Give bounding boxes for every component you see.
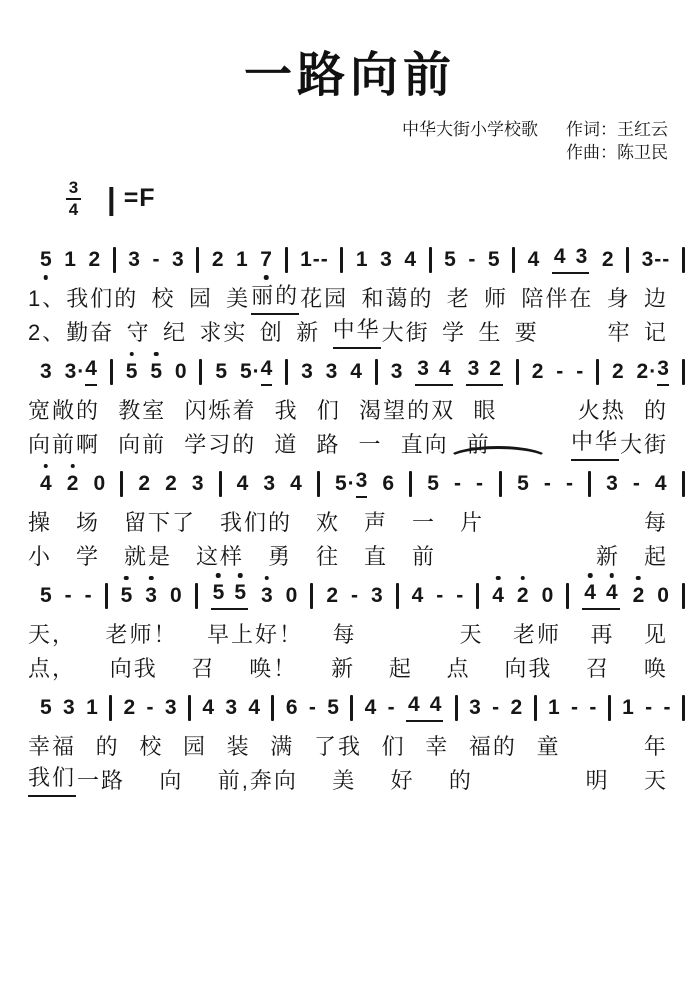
lyric-text: 校 bbox=[152, 286, 176, 312]
note-group: 3 bbox=[391, 360, 403, 384]
lyric-group: 明 bbox=[586, 768, 610, 794]
note-group: 44 bbox=[406, 693, 443, 722]
note-group bbox=[195, 583, 198, 609]
lyric-line: 向前啊向前学习的道路一直向前中华大街 bbox=[0, 428, 700, 462]
lyric-text: 点， bbox=[28, 656, 76, 682]
lyric-group: 牢 bbox=[608, 320, 632, 346]
note-group bbox=[340, 247, 343, 273]
barline bbox=[409, 471, 412, 497]
time-signature: 3 4 bbox=[66, 179, 81, 219]
note-group: 2 bbox=[88, 248, 100, 272]
lyric-group: 勇 bbox=[268, 544, 292, 570]
note-group: 4 bbox=[404, 248, 416, 272]
note-group bbox=[317, 471, 320, 497]
note-group: 3 bbox=[145, 584, 157, 608]
lyric-text: 身 bbox=[607, 286, 631, 312]
octave-dot-high bbox=[265, 576, 270, 581]
lyric-text: 向前 bbox=[118, 432, 166, 458]
lyric-text: 路 bbox=[316, 432, 340, 458]
note-group: 4 bbox=[237, 472, 249, 496]
lyric-group: 和蔼的 bbox=[361, 286, 433, 312]
note: - bbox=[436, 584, 443, 608]
lyric-group: 声 bbox=[364, 510, 388, 536]
lyric-text: 要 bbox=[515, 320, 539, 346]
lyric-text: 美 bbox=[226, 286, 250, 312]
note-group: 4 bbox=[655, 472, 667, 496]
lyric-text: 美 bbox=[332, 768, 356, 794]
note-group: 3 bbox=[263, 472, 275, 496]
lyric-text: 新 bbox=[331, 656, 355, 682]
barline bbox=[396, 583, 399, 609]
note: 5 bbox=[40, 248, 52, 272]
lyric-text: 这样 bbox=[196, 544, 244, 570]
barline bbox=[113, 247, 116, 273]
lyric-group: 向 bbox=[159, 768, 183, 794]
lyric-group: 向我 bbox=[504, 656, 552, 682]
lyric-group: 校 bbox=[139, 734, 163, 760]
octave-dot-high bbox=[636, 576, 641, 581]
lyric-group: 片 bbox=[460, 510, 484, 536]
note: 4 bbox=[365, 696, 377, 720]
lyric-text: 童 bbox=[537, 734, 561, 760]
barline bbox=[476, 583, 479, 609]
music-line: 5123-32171--1345-544323-- bbox=[0, 239, 700, 281]
music-line: 4202234345·365--5--3-4 bbox=[0, 463, 700, 505]
note-group: 5 bbox=[517, 472, 529, 496]
note-group: 2 bbox=[124, 696, 136, 720]
note: 3 bbox=[417, 357, 429, 381]
lyric-group: 的 bbox=[644, 398, 668, 424]
note: 2 bbox=[633, 584, 645, 608]
lyric-group: 早上好！ bbox=[207, 622, 303, 648]
note: 5 bbox=[427, 472, 439, 496]
lyric-group: 点， bbox=[28, 656, 76, 682]
lyric-group: 校 bbox=[152, 286, 176, 312]
note-group: 5 bbox=[427, 472, 439, 496]
lyric-text: 天 bbox=[459, 622, 483, 648]
lyric-text: 宽敞的 bbox=[28, 398, 100, 424]
note: 3 bbox=[40, 360, 52, 384]
lyric-group: 操 bbox=[28, 510, 52, 536]
note-group: 3 bbox=[371, 584, 383, 608]
note: 0 bbox=[170, 584, 182, 608]
barline bbox=[499, 471, 502, 497]
lyric-group: 小 bbox=[28, 544, 52, 570]
note: 2 bbox=[165, 472, 177, 496]
lyric-group: 每 bbox=[333, 622, 357, 648]
lyric-group: 满 bbox=[270, 734, 294, 760]
note-group bbox=[429, 247, 432, 273]
lyric-group: 前 bbox=[412, 544, 436, 570]
note: 4 bbox=[584, 581, 596, 605]
lyric-group: 记 bbox=[644, 320, 668, 346]
note: 5 bbox=[40, 584, 52, 608]
note-group: 1 bbox=[86, 696, 98, 720]
note: 1 bbox=[86, 696, 98, 720]
barline bbox=[219, 471, 222, 497]
note: · bbox=[253, 360, 260, 384]
note-group: 0 bbox=[170, 584, 182, 608]
lyric-group: 守 bbox=[127, 320, 151, 346]
lyric-text: 往 bbox=[316, 544, 340, 570]
lyric-text: 声 bbox=[364, 510, 388, 536]
note-group bbox=[566, 583, 569, 609]
barline bbox=[608, 695, 611, 721]
lyric-text: 片 bbox=[460, 510, 484, 536]
lyric-text: 生 bbox=[478, 320, 502, 346]
note-group bbox=[682, 695, 685, 721]
spacer bbox=[576, 522, 620, 523]
note-group bbox=[120, 471, 123, 497]
note-group: 5 bbox=[150, 360, 162, 384]
lyric-group: 美丽的花园 bbox=[226, 283, 348, 314]
note-group bbox=[196, 247, 199, 273]
note: - bbox=[576, 360, 583, 384]
lyric-group: 这样 bbox=[196, 544, 244, 570]
note-group: 32 bbox=[466, 357, 503, 386]
octave-dot-high bbox=[610, 573, 615, 578]
note-group bbox=[682, 471, 685, 497]
octave-dot-high bbox=[496, 576, 501, 581]
lyric-text: 直 bbox=[364, 544, 388, 570]
note-group: 5 bbox=[327, 696, 339, 720]
lyric-text: 求实 bbox=[199, 320, 247, 346]
lyric-text: 每 bbox=[333, 622, 357, 648]
note: 3 bbox=[371, 584, 383, 608]
spacer bbox=[508, 522, 552, 523]
note-group: 0 bbox=[175, 360, 187, 384]
note-group: - bbox=[589, 696, 596, 720]
key-text: =F bbox=[124, 184, 156, 213]
note-group: - bbox=[309, 696, 316, 720]
note-group bbox=[516, 359, 519, 385]
note: - bbox=[65, 584, 72, 608]
note: 7 bbox=[260, 248, 272, 272]
lyric-text: 们 bbox=[382, 734, 406, 760]
note-group: 2 bbox=[602, 248, 614, 272]
lyric-text: 好 bbox=[391, 768, 415, 794]
octave-dot-high bbox=[124, 576, 129, 581]
note: - bbox=[662, 248, 669, 272]
note-group bbox=[682, 359, 685, 385]
barline bbox=[566, 583, 569, 609]
lyric-group: 天 bbox=[644, 768, 668, 794]
lyric-text: 园 bbox=[189, 286, 213, 312]
barline bbox=[682, 583, 685, 609]
lyric-group: 装 bbox=[227, 734, 251, 760]
note-group: 4 bbox=[365, 696, 377, 720]
lyric-group: 新 bbox=[331, 656, 355, 682]
note-group: - bbox=[436, 584, 443, 608]
lyric-group: 学 bbox=[442, 320, 466, 346]
credit-column: 作词：王红云 作曲：陈卫民 bbox=[566, 119, 668, 165]
lyric-text: 直向 bbox=[401, 432, 449, 458]
lyric-text: 花园 bbox=[300, 286, 348, 312]
lyric-text: 小 bbox=[28, 544, 52, 570]
note-group: 4 bbox=[248, 696, 260, 720]
note-group: 2 bbox=[138, 472, 150, 496]
note: - bbox=[589, 696, 596, 720]
note: 3 bbox=[172, 248, 184, 272]
note-group bbox=[512, 247, 515, 273]
lyric-line: 点，向我召唤！新起点向我召唤 bbox=[0, 652, 700, 686]
lyric-text: 见 bbox=[644, 622, 668, 648]
lyric-text: 向前啊 bbox=[28, 432, 100, 458]
lyric-text: 满 bbox=[270, 734, 294, 760]
lyric-text: 老师 bbox=[513, 622, 561, 648]
note: 5 bbox=[150, 360, 162, 384]
lyric-group: 童 bbox=[537, 734, 561, 760]
lyric-group: 每 bbox=[644, 510, 668, 536]
note-group bbox=[682, 583, 685, 609]
note-group: - bbox=[576, 360, 583, 384]
note-group: 4 bbox=[492, 584, 504, 608]
note-group: - bbox=[85, 584, 92, 608]
note: 2 bbox=[511, 696, 523, 720]
note-group: - bbox=[633, 472, 640, 496]
note: 3 bbox=[192, 472, 204, 496]
note: 4 bbox=[655, 472, 667, 496]
note-group: 1 bbox=[548, 696, 560, 720]
note: 1 bbox=[236, 248, 248, 272]
note-group: 2 bbox=[612, 360, 624, 384]
note-group: 2 bbox=[633, 584, 645, 608]
note: 3 bbox=[261, 584, 273, 608]
note: 2 bbox=[517, 584, 529, 608]
lyric-group: 了我 bbox=[314, 734, 362, 760]
spacer bbox=[509, 444, 553, 445]
lyric-group: 美 bbox=[332, 768, 356, 794]
note-group: 3-- bbox=[642, 248, 670, 272]
music-line: 5--53055302-34--4204420 bbox=[0, 575, 700, 617]
lyric-text: 师 bbox=[484, 286, 508, 312]
lyric-group: 要 bbox=[515, 320, 539, 346]
lyric-text: 天 bbox=[644, 768, 668, 794]
lyric-text: 福的 bbox=[469, 734, 517, 760]
sheet-music-page: 一路向前 中华大街小学校歌 作词：王红云 作曲：陈卫民 3 4 | =F 512… bbox=[0, 0, 700, 990]
lyric-group: 老师 bbox=[513, 622, 561, 648]
note-group: 3 bbox=[225, 696, 237, 720]
note: - bbox=[633, 472, 640, 496]
lyric-text: 守 bbox=[127, 320, 151, 346]
note-group: 3 bbox=[301, 360, 313, 384]
note-group: 1 bbox=[64, 248, 76, 272]
octave-dot-high bbox=[129, 352, 134, 357]
octave-dot-high bbox=[588, 573, 593, 578]
lyric-group: 纪 bbox=[163, 320, 187, 346]
barline bbox=[310, 583, 313, 609]
octave-dot-low bbox=[264, 275, 269, 280]
lyric-group: 老 bbox=[447, 286, 471, 312]
lyric-text: 中华 bbox=[571, 429, 619, 460]
note: 2 bbox=[532, 360, 544, 384]
note: - bbox=[351, 584, 358, 608]
lyric-group: 老师！ bbox=[106, 622, 178, 648]
lyric-group: 我们一路 bbox=[28, 765, 125, 796]
note-group: 2 bbox=[212, 248, 224, 272]
lyricist-credit: 作词：王红云 bbox=[566, 119, 668, 142]
note-group: 5·3 bbox=[335, 469, 367, 498]
note: 1 bbox=[548, 696, 560, 720]
note: 5 bbox=[215, 360, 227, 384]
note: - bbox=[454, 472, 461, 496]
lyric-group: 新 bbox=[596, 544, 620, 570]
lyric-text: 2、勤奋 bbox=[28, 320, 114, 346]
lyric-text: 学 bbox=[442, 320, 466, 346]
barline bbox=[285, 359, 288, 385]
note-group: 3 bbox=[326, 360, 338, 384]
lyric-group: 见 bbox=[644, 622, 668, 648]
lyric-line: 天，老师！早上好！每天老师再见 bbox=[0, 618, 700, 652]
note: 1 bbox=[300, 248, 312, 272]
note-group: - bbox=[544, 472, 551, 496]
lyric-group: 陪伴在 bbox=[521, 286, 593, 312]
lyric-group: 学习的 bbox=[184, 432, 256, 458]
lyric-text: 欢 bbox=[316, 510, 340, 536]
lyric-group: 新 bbox=[296, 320, 320, 346]
lyric-group: 2、勤奋 bbox=[28, 320, 114, 346]
lyric-text: 一 bbox=[359, 432, 383, 458]
note: 5 bbox=[40, 696, 52, 720]
lyric-text: 年 bbox=[644, 734, 668, 760]
composer-credit: 作曲：陈卫民 bbox=[566, 142, 668, 165]
barline bbox=[512, 247, 515, 273]
octave-dot-low bbox=[44, 275, 49, 280]
music-line: 5312-34346-54-443-21--1-- bbox=[0, 687, 700, 729]
lyric-text: 天， bbox=[28, 622, 76, 648]
note-group: 2 bbox=[67, 472, 79, 496]
lyric-text: 的 bbox=[644, 398, 668, 424]
lyric-text: 向 bbox=[159, 768, 183, 794]
note-group bbox=[596, 359, 599, 385]
barline bbox=[340, 247, 343, 273]
lyric-text: 勇 bbox=[268, 544, 292, 570]
lyric-line: 2、勤奋守纪求实创新中华大街学生要牢记 bbox=[0, 316, 700, 350]
note: - bbox=[654, 248, 661, 272]
note: 4 bbox=[202, 696, 214, 720]
lyric-group: 教室 bbox=[118, 398, 166, 424]
lyric-text: 留下了 bbox=[124, 510, 196, 536]
lyric-text: 大街 bbox=[382, 320, 430, 346]
note-group bbox=[455, 695, 458, 721]
lyric-group: 园 bbox=[183, 734, 207, 760]
note: - bbox=[313, 248, 320, 272]
note-group: - bbox=[147, 696, 154, 720]
note-group: 43 bbox=[552, 245, 589, 274]
spacer bbox=[516, 410, 560, 411]
note-group: 55 bbox=[211, 581, 248, 610]
barline bbox=[516, 359, 519, 385]
lyric-text: 唤 bbox=[644, 656, 668, 682]
note-group: 1 bbox=[236, 248, 248, 272]
note: - bbox=[468, 248, 475, 272]
lyric-text: 的 bbox=[96, 734, 120, 760]
barline bbox=[271, 695, 274, 721]
note: 2 bbox=[67, 472, 79, 496]
note: · bbox=[77, 360, 84, 384]
barline bbox=[350, 695, 353, 721]
note-group bbox=[534, 695, 537, 721]
lyric-text: 幸福 bbox=[28, 734, 76, 760]
lyric-group: 边 bbox=[644, 286, 668, 312]
lyric-text: 老 bbox=[447, 286, 471, 312]
lyric-text: 我 bbox=[275, 398, 299, 424]
lyric-text: 记 bbox=[644, 320, 668, 346]
octave-dot-high bbox=[154, 352, 159, 357]
note-group bbox=[396, 583, 399, 609]
note-group: 2 bbox=[517, 584, 529, 608]
lyric-group: 前,奔向 bbox=[218, 768, 298, 794]
note-group: 5 bbox=[40, 248, 52, 272]
note: 2 bbox=[124, 696, 136, 720]
key-signature: | =F bbox=[107, 183, 156, 214]
lyric-group: 学 bbox=[76, 544, 100, 570]
lyric-text: 们 bbox=[317, 398, 341, 424]
note-group bbox=[271, 695, 274, 721]
barline bbox=[285, 247, 288, 273]
barline bbox=[196, 247, 199, 273]
note-group: 3 bbox=[380, 248, 392, 272]
barline bbox=[105, 583, 108, 609]
lyric-group: 生 bbox=[478, 320, 502, 346]
note: 0 bbox=[542, 584, 554, 608]
octave-dot-high bbox=[44, 464, 49, 469]
note: 0 bbox=[286, 584, 298, 608]
note: 3 bbox=[225, 696, 237, 720]
lyric-group: 留下了 bbox=[124, 510, 196, 536]
note: - bbox=[85, 584, 92, 608]
barline bbox=[110, 359, 113, 385]
note-group: 5 bbox=[444, 248, 456, 272]
lyric-group: 向前啊 bbox=[28, 432, 100, 458]
note-group bbox=[498, 471, 502, 497]
barline bbox=[682, 695, 685, 721]
lyric-text: 眼 bbox=[473, 398, 497, 424]
note: 3 bbox=[356, 469, 368, 498]
note-group: 4 bbox=[40, 472, 52, 496]
lyric-text: 道 bbox=[274, 432, 298, 458]
score: 5123-32171--1345-544323--1、我们的校园美丽的花园和蔼的… bbox=[0, 239, 700, 798]
note-group: 4 bbox=[290, 472, 302, 496]
lyric-group: 召 bbox=[192, 656, 216, 682]
note: 4 bbox=[404, 248, 416, 272]
lyric-line: 宽敞的教室闪烁着我们渴望的双眼火热的 bbox=[0, 394, 700, 428]
lyric-text: 明 bbox=[586, 768, 610, 794]
meter-numerator: 3 bbox=[69, 179, 78, 197]
note-group: 3 bbox=[469, 696, 481, 720]
lyric-group: 的 bbox=[449, 768, 473, 794]
lyric-text: 牢 bbox=[608, 320, 632, 346]
note: - bbox=[492, 696, 499, 720]
note: 0 bbox=[94, 472, 106, 496]
note: 4 bbox=[408, 693, 420, 717]
note-group: 3 bbox=[128, 248, 140, 272]
note-group: 34 bbox=[415, 357, 452, 386]
note-group: - bbox=[351, 584, 358, 608]
note-group: - bbox=[663, 696, 670, 720]
lyric-text: 起 bbox=[644, 544, 668, 570]
lyric-text: 操 bbox=[28, 510, 52, 536]
lyric-text: 大街 bbox=[620, 432, 668, 458]
lyric-group: 的 bbox=[96, 734, 120, 760]
lyric-group: 眼 bbox=[473, 398, 497, 424]
note-group: 1 bbox=[622, 696, 634, 720]
note: 5 bbox=[444, 248, 456, 272]
note-group bbox=[188, 695, 191, 721]
lyric-text: 学 bbox=[76, 544, 100, 570]
note-group: 3 bbox=[172, 248, 184, 272]
note: - bbox=[645, 696, 652, 720]
